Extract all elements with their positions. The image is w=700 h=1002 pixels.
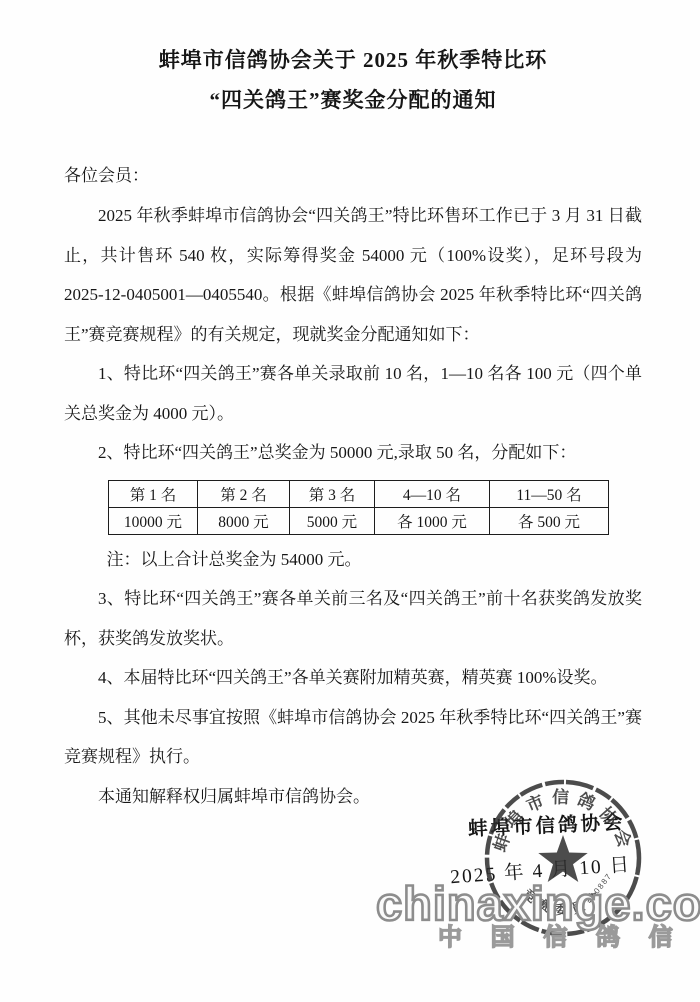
table-header-cell: 第 1 名	[109, 480, 198, 507]
notice-title-line1: 蚌埠市信鸽协会关于 2025 年秋季特比环	[64, 40, 642, 80]
notice-title-line2: “四关鸽王”赛奖金分配的通知	[64, 80, 642, 120]
table-cell: 各 1000 元	[375, 507, 490, 534]
intro-paragraph: 2025 年秋季蚌埠市信鸽协会“四关鸽王”特比环售环工作已于 3 月 31 日截…	[64, 196, 642, 354]
item-5: 5、其他未尽事宜按照《蚌埠市信鸽协会 2025 年秋季特比环“四关鸽王”赛竞赛规…	[64, 698, 642, 777]
table-cell: 5000 元	[290, 507, 375, 534]
table-cell: 10000 元	[109, 507, 198, 534]
document-page: 蚌埠市信鸽协会关于 2025 年秋季特比环 “四关鸽王”赛奖金分配的通知 各位会…	[0, 0, 700, 1002]
item-3: 3、特比环“四关鸽王”赛各单关前三名及“四关鸽王”前十名获奖鸽发放奖杯，获奖鸽发…	[64, 579, 642, 658]
prize-table-header-row: 第 1 名 第 2 名 第 3 名 4—10 名 11—50 名	[109, 480, 609, 507]
watermark-site-name-cn: 中 国 信 鸽 信 息 网	[438, 917, 700, 952]
table-header-cell: 第 3 名	[290, 480, 375, 507]
table-header-cell: 第 2 名	[198, 480, 290, 507]
table-note: 注：以上合计总奖金为 54000 元。	[64, 540, 642, 580]
seal-star-icon	[538, 835, 587, 882]
table-header-cell: 4—10 名	[375, 480, 490, 507]
item-1: 1、特比环“四关鸽王”赛各单关录取前 10 名，1—10 名各 100 元（四个…	[64, 354, 642, 433]
item-2: 2、特比环“四关鸽王”总奖金为 50000 元,录取 50 名，分配如下：	[64, 433, 642, 473]
table-cell: 8000 元	[198, 507, 290, 534]
prize-table-value-row: 10000 元 8000 元 5000 元 各 1000 元 各 500 元	[109, 507, 609, 534]
table-cell: 各 500 元	[490, 507, 609, 534]
prize-table: 第 1 名 第 2 名 第 3 名 4—10 名 11—50 名 10000 元…	[108, 480, 609, 535]
salutation: 各位会员：	[64, 156, 642, 196]
table-header-cell: 11—50 名	[490, 480, 609, 507]
notice-body: 蚌埠市信鸽协会关于 2025 年秋季特比环 “四关鸽王”赛奖金分配的通知 各位会…	[64, 40, 642, 816]
item-4: 4、本届特比环“四关鸽王”各单关赛附加精英赛，精英赛 100%设奖。	[64, 658, 642, 698]
